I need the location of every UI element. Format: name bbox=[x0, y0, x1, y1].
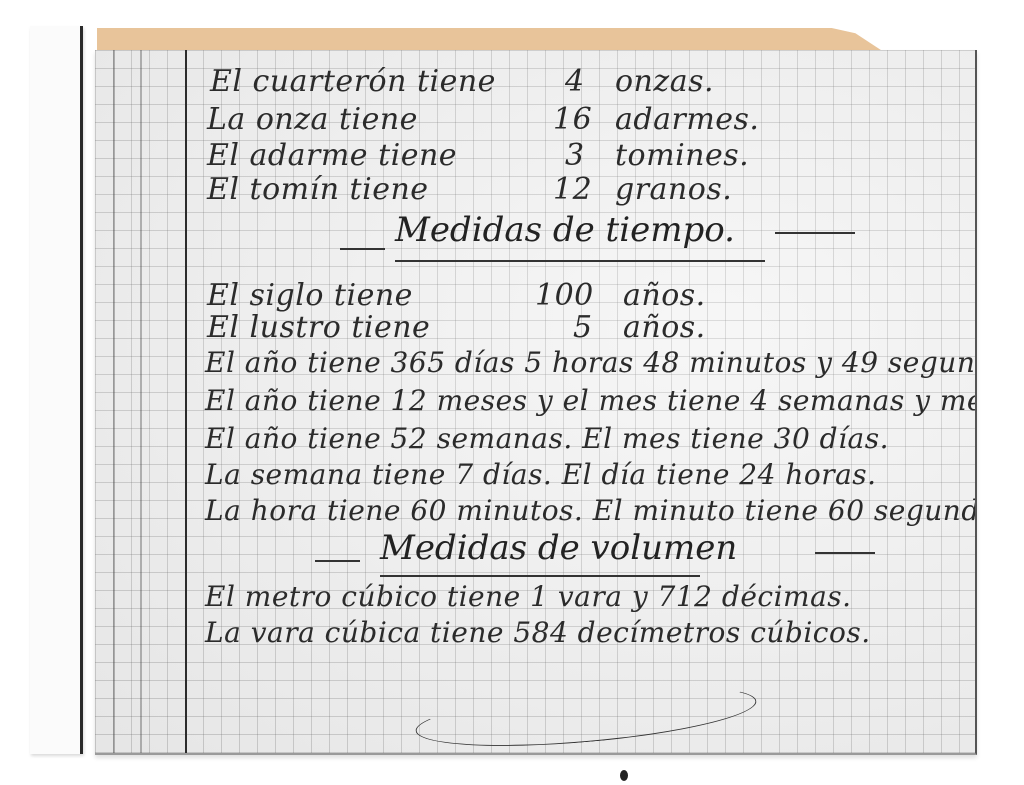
weights-row-subject: La onza tiene bbox=[207, 102, 418, 137]
heading-rule-right bbox=[775, 232, 855, 234]
time-row-subject: El lustro tiene bbox=[207, 310, 430, 345]
time-row-unit: años. bbox=[623, 310, 706, 345]
heading-rule-left bbox=[340, 248, 385, 250]
backing-sheet bbox=[30, 26, 83, 754]
weights-row-unit: onzas. bbox=[615, 64, 714, 99]
volume-line: El metro cúbico tiene 1 vara y 712 décim… bbox=[205, 580, 852, 613]
closing-flourish bbox=[413, 675, 758, 755]
time-line: La semana tiene 7 días. El día tiene 24 … bbox=[205, 458, 877, 491]
time-heading-underline bbox=[395, 260, 765, 262]
weights-row-unit: tomines. bbox=[615, 138, 749, 173]
volume-heading-underline bbox=[380, 575, 700, 577]
volume-line: La vara cúbica tiene 584 decímetros cúbi… bbox=[205, 616, 871, 649]
time-line: El año tiene 52 semanas. El mes tiene 30… bbox=[205, 422, 889, 455]
time-line: El año tiene 12 meses y el mes tiene 4 s… bbox=[205, 384, 977, 417]
weights-row-value: 3 bbox=[565, 138, 585, 173]
time-row-value: 5 bbox=[573, 310, 593, 345]
volume-heading: Medidas de volumen bbox=[380, 528, 737, 568]
weights-row-unit: granos. bbox=[615, 172, 732, 207]
time-row-value: 100 bbox=[535, 278, 594, 313]
time-row-subject: El siglo tiene bbox=[207, 278, 413, 313]
margin-ghost-line bbox=[113, 50, 115, 753]
weights-row-value: 12 bbox=[553, 172, 592, 207]
time-row-unit: años. bbox=[623, 278, 706, 313]
time-line: La hora tiene 60 minutos. El minuto tien… bbox=[205, 494, 977, 527]
weights-row-value: 4 bbox=[565, 64, 585, 99]
margin-ghost-line bbox=[140, 50, 142, 753]
weights-row-subject: El cuarterón tiene bbox=[210, 64, 496, 99]
weights-row-unit: adarmes. bbox=[615, 102, 759, 137]
heading-rule-right bbox=[815, 552, 875, 554]
time-line: El año tiene 365 días 5 horas 48 minutos… bbox=[205, 346, 977, 379]
margin-line bbox=[185, 50, 187, 753]
ink-smudge bbox=[620, 770, 628, 781]
weights-row-value: 16 bbox=[553, 102, 592, 137]
notebook-page: El cuarterón tiene 4 onzas. La onza tien… bbox=[95, 50, 977, 755]
heading-rule-left bbox=[315, 560, 360, 562]
time-heading: Medidas de tiempo. bbox=[395, 210, 735, 250]
weights-row-subject: El adarme tiene bbox=[207, 138, 457, 173]
weights-row-subject: El tomín tiene bbox=[207, 172, 429, 207]
